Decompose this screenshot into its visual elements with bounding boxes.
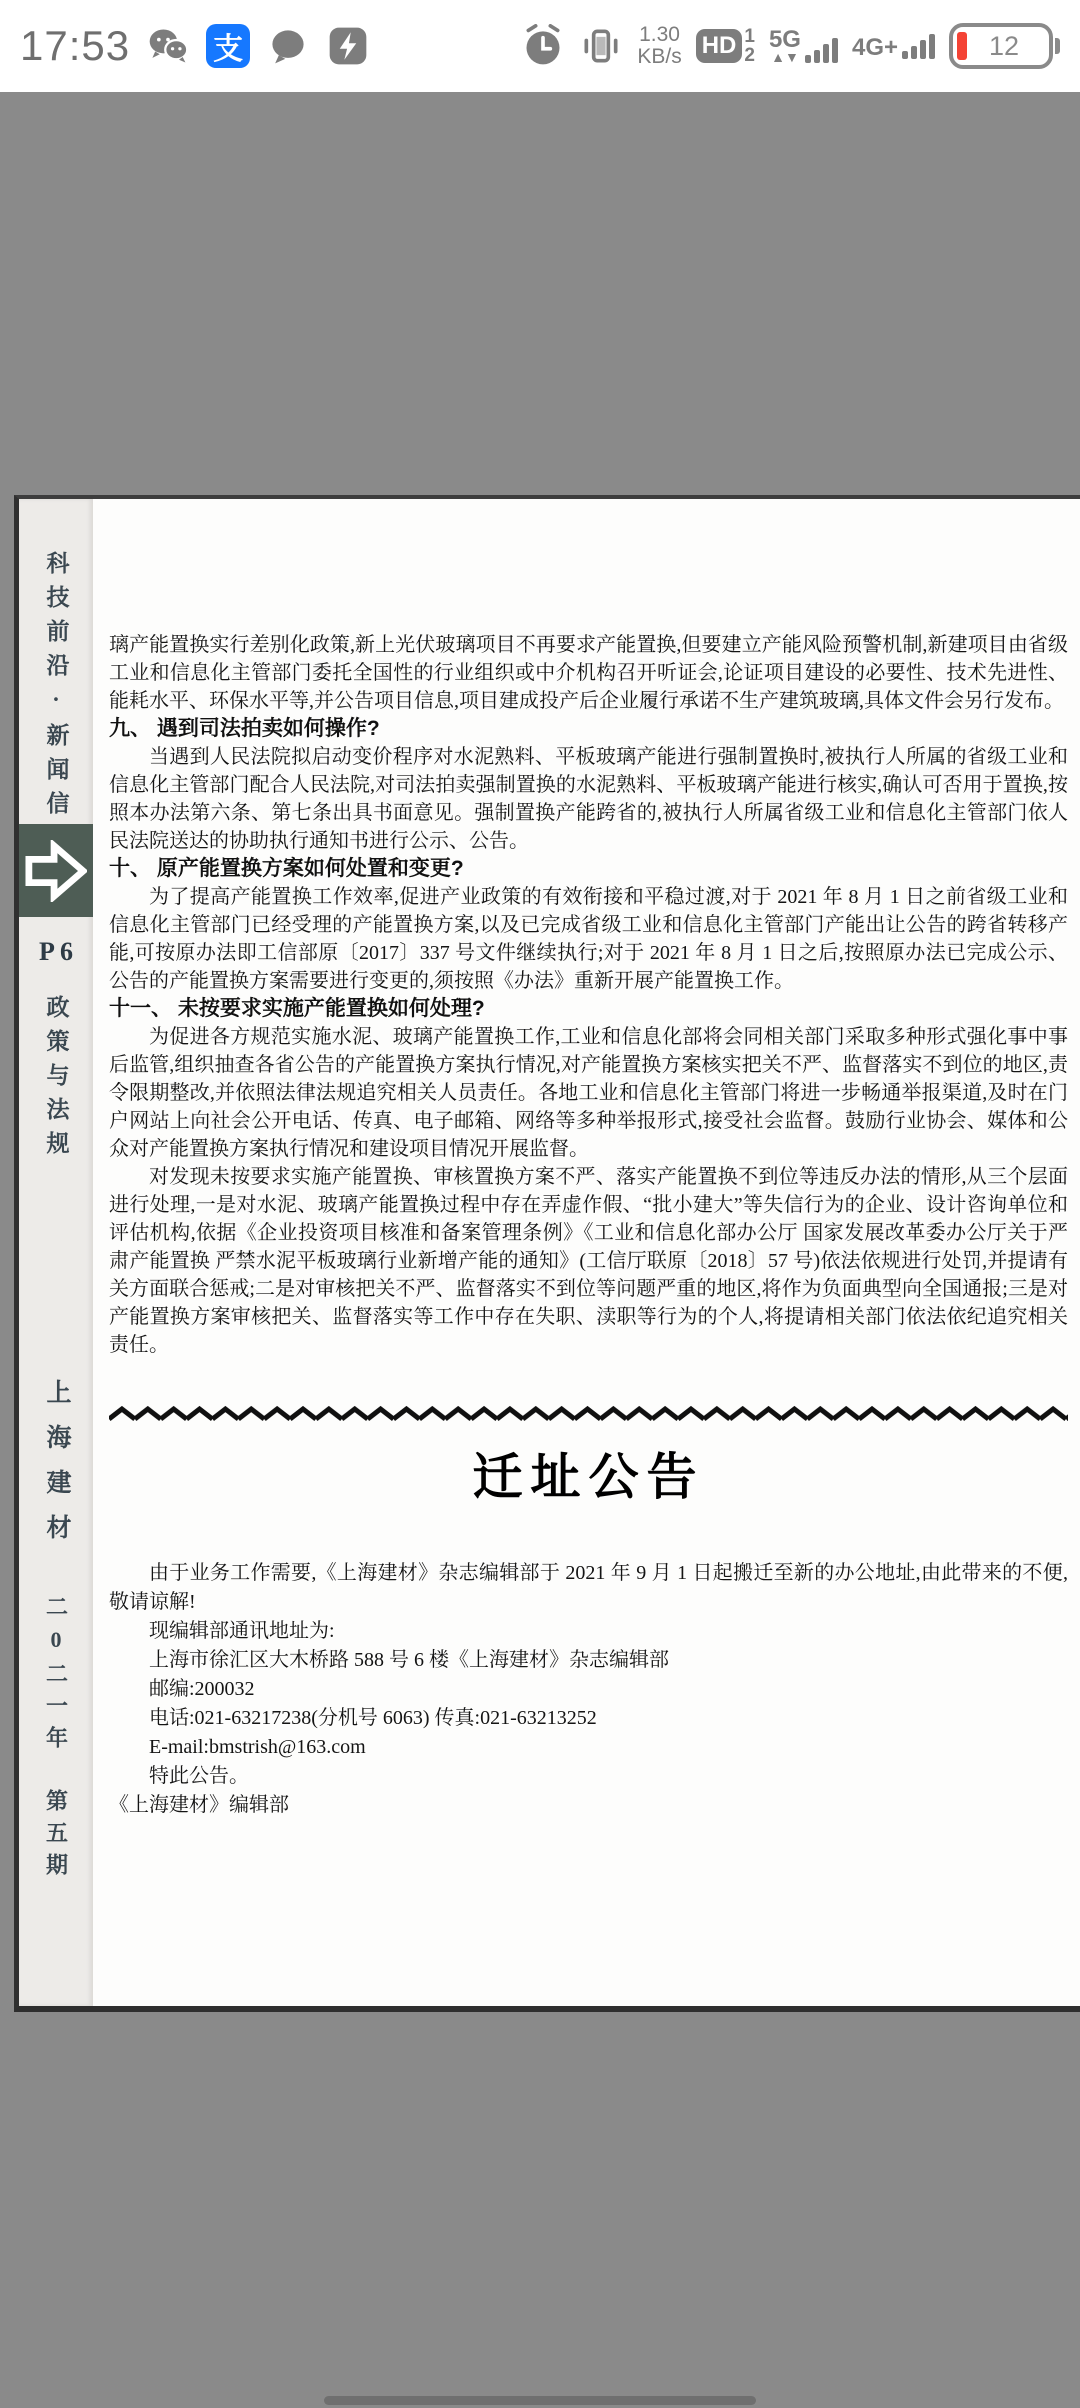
- network-speed-value: 1.30: [639, 24, 680, 46]
- notice-postcode: 邮编:200032: [109, 1675, 1068, 1704]
- phone-screen: 17:53 支: [0, 0, 1080, 2408]
- battery-indicator: 12: [949, 23, 1060, 69]
- sim2-label: 2: [744, 46, 755, 65]
- sim2-signal: 4G+: [852, 33, 935, 59]
- notice-email: E-mail:bmstrish@163.com: [109, 1733, 1068, 1762]
- question-11-answer-part2: 对发现未按要求实施产能置换、审核置换方案不严、落实产能置换不到位等违反办法的情形…: [109, 1163, 1068, 1359]
- wavy-divider: [109, 1405, 1068, 1423]
- sim1-network-type: 5G: [769, 29, 801, 51]
- spine-section-top-label: 科技前沿·新闻信息: [40, 551, 73, 859]
- messages-notification-icon: [266, 24, 310, 68]
- alipay-glyph: 支: [213, 24, 243, 68]
- battery-fill-low: [957, 32, 967, 60]
- notice-closing: 特此公告。: [109, 1762, 1068, 1791]
- status-bar: 17:53 支: [0, 0, 1080, 92]
- data-activity-arrows-icon: ▲▼: [771, 51, 799, 63]
- alipay-notification-icon: 支: [206, 24, 250, 68]
- notice-signature: 《上海建材》编辑部: [109, 1791, 1068, 1820]
- question-10-answer: 为了提高产能置换工作效率,促进产业政策的有效衔接和平稳过渡,对于 2021 年 …: [109, 883, 1068, 995]
- clock-time: 17:53: [20, 22, 130, 70]
- flashlight-notification-icon: [326, 24, 370, 68]
- wechat-notification-icon: [146, 24, 190, 68]
- notice-address: 上海市徐汇区大木桥路 588 号 6 楼《上海建材》杂志编辑部: [109, 1646, 1068, 1675]
- spine-issue: 第五期: [41, 1789, 72, 1885]
- question-9-answer: 当遇到人民法院拟启动变价程序对水泥熟料、平板玻璃产能进行强制置换时,被执行人所属…: [109, 743, 1068, 855]
- sim1-signal-bars-icon: [805, 37, 838, 63]
- battery-cap: [1055, 38, 1060, 54]
- sim2-signal-bars-icon: [902, 33, 935, 59]
- vibrate-icon: [579, 24, 623, 68]
- status-right-group: 1.30 KB/s HD 1 2 5G ▲▼: [521, 23, 1060, 69]
- spine-arrow-box: [19, 824, 93, 917]
- alarm-icon: [521, 24, 565, 68]
- notice-intro: 由于业务工作需要,《上海建材》杂志编辑部于 2021 年 9 月 1 日起搬迁至…: [109, 1559, 1068, 1617]
- question-9-heading: 九、 遇到司法拍卖如何操作?: [109, 715, 1068, 743]
- spine-year: 二0二一年: [41, 1595, 72, 1758]
- network-speed: 1.30 KB/s: [637, 24, 681, 68]
- question-11-heading: 十一、 未按要求实施产能置换如何处理?: [109, 995, 1068, 1023]
- spine-page-ref: P 6: [19, 937, 93, 967]
- hd-icon: HD: [696, 29, 743, 63]
- article-content: 璃产能置换实行差别化政策,新上光伏玻璃项目不再要求产能置换,但要建立产能风险预警…: [93, 499, 1080, 1820]
- volte-hd-indicator: HD 1 2: [696, 27, 755, 65]
- status-left-group: 17:53 支: [20, 22, 370, 70]
- arrow-right-icon: [25, 840, 87, 902]
- question-11-answer-part1: 为促进各方规范实施水泥、玻璃产能置换工作,工业和信息化部将会同相关部门采取多种形…: [109, 1023, 1068, 1163]
- page-spine-sidebar: 科技前沿·新闻信息 P 6 政策与法规 上海建材 二0二一年 第五期: [19, 499, 93, 2006]
- article-paragraph-continued: 璃产能置换实行差别化政策,新上光伏玻璃项目不再要求产能置换,但要建立产能风险预警…: [109, 631, 1068, 715]
- sim2-network-type: 4G+: [852, 37, 898, 59]
- spine-journal-name: 上海建材: [38, 1379, 74, 1559]
- battery-percent: 12: [953, 31, 1049, 62]
- notice-address-intro: 现编辑部通讯地址为:: [109, 1617, 1068, 1646]
- battery-icon: 12: [949, 23, 1053, 69]
- network-speed-unit: KB/s: [637, 46, 681, 68]
- sim1-label: 1: [744, 27, 755, 46]
- relocation-notice-body: 由于业务工作需要,《上海建材》杂志编辑部于 2021 年 9 月 1 日起搬迁至…: [109, 1559, 1068, 1820]
- home-indicator-bar[interactable]: [324, 2396, 756, 2405]
- notice-phone-fax: 电话:021-63217238(分机号 6063) 传真:021-6321325…: [109, 1704, 1068, 1733]
- relocation-notice-title: 迁址公告: [109, 1437, 1068, 1509]
- spine-section-current-label: 政策与法规: [40, 995, 73, 1165]
- question-10-heading: 十、 原产能置换方案如何处置和变更?: [109, 855, 1068, 883]
- sim1-signal: 5G ▲▼: [769, 29, 838, 63]
- document-page[interactable]: 科技前沿·新闻信息 P 6 政策与法规 上海建材 二0二一年 第五期 璃产能置换…: [14, 495, 1080, 2012]
